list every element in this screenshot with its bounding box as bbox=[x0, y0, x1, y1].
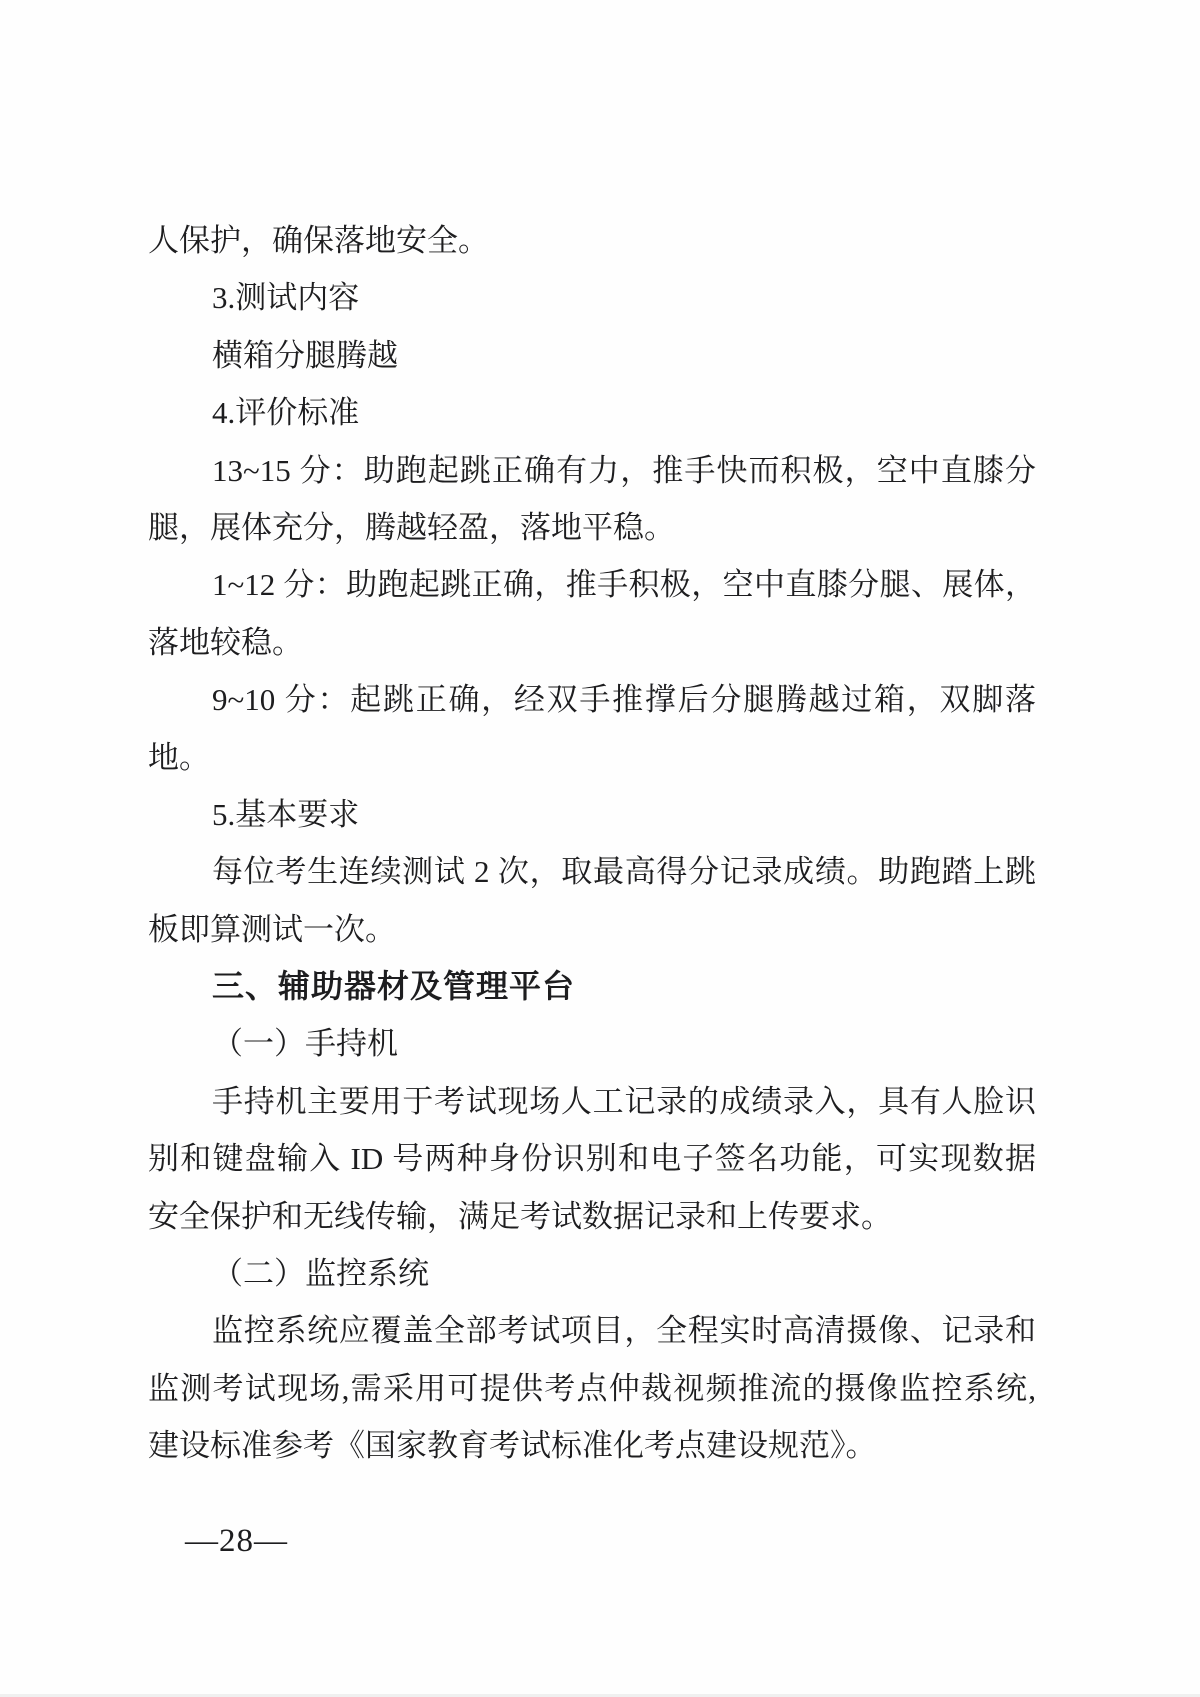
list-item-heading: 3.测试内容 bbox=[148, 269, 1036, 326]
section-heading: 三、辅助器材及管理平台 bbox=[148, 958, 1036, 1015]
text-line: 建设标准参考《国家教育考试标准化考点建设规范》。 bbox=[148, 1417, 1036, 1474]
text-line: 别和键盘输入 ID 号两种身份识别和电子签名功能，可实现数据 bbox=[148, 1130, 1036, 1187]
list-item-heading: 4.评价标准 bbox=[148, 384, 1036, 441]
text-line: 9~10 分：起跳正确，经双手推撑后分腿腾越过箱，双脚落 bbox=[148, 671, 1036, 728]
subsection-heading: （一）手持机 bbox=[148, 1015, 1036, 1072]
text-line: 腿，展体充分，腾越轻盈，落地平稳。 bbox=[148, 499, 1036, 556]
text-line: 板即算测试一次。 bbox=[148, 901, 1036, 958]
text-line: 1~12 分：助跑起跳正确，推手积极，空中直膝分腿、展体， bbox=[148, 556, 1036, 613]
text-line: 监控系统应覆盖全部考试项目，全程实时高清摄像、记录和 bbox=[148, 1302, 1036, 1359]
text-line: 人保护，确保落地安全。 bbox=[148, 212, 1036, 269]
document-body: 人保护，确保落地安全。 3.测试内容 横箱分腿腾越 4.评价标准 13~15 分… bbox=[148, 212, 1036, 1475]
text-line: 地。 bbox=[148, 729, 1036, 786]
text-line: 落地较稳。 bbox=[148, 614, 1036, 671]
text-line: 每位考生连续测试 2 次，取最高得分记录成绩。助跑踏上跳 bbox=[148, 843, 1036, 900]
text-line: 横箱分腿腾越 bbox=[148, 327, 1036, 384]
text-line: 监测考试现场,需采用可提供考点仲裁视频推流的摄像监控系统, bbox=[148, 1360, 1036, 1417]
list-item-heading: 5.基本要求 bbox=[148, 786, 1036, 843]
text-line: 13~15 分：助跑起跳正确有力，推手快而积极，空中直膝分 bbox=[148, 442, 1036, 499]
document-page: 人保护，确保落地安全。 3.测试内容 横箱分腿腾越 4.评价标准 13~15 分… bbox=[0, 0, 1200, 1697]
text-line: 安全保护和无线传输，满足考试数据记录和上传要求。 bbox=[148, 1188, 1036, 1245]
subsection-heading: （二）监控系统 bbox=[148, 1245, 1036, 1302]
text-line: 手持机主要用于考试现场人工记录的成绩录入，具有人脸识 bbox=[148, 1073, 1036, 1130]
page-number: —28— bbox=[185, 1513, 288, 1570]
